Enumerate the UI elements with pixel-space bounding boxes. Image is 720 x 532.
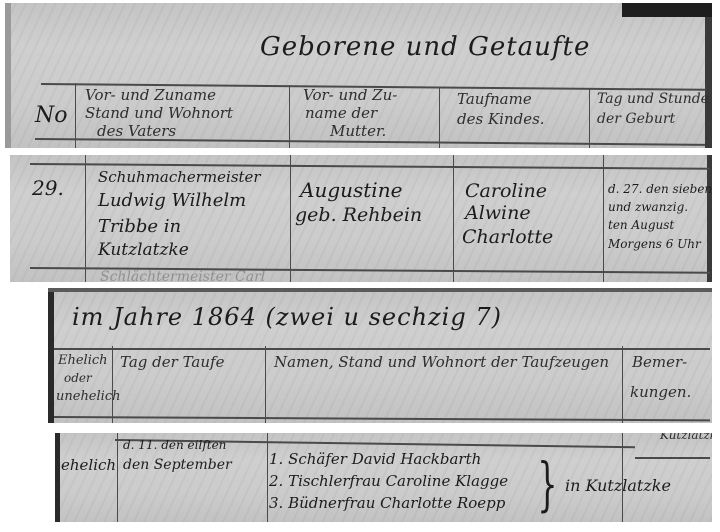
col-sep-1 xyxy=(112,346,113,423)
birth-hour: Morgens 6 Uhr xyxy=(608,238,701,252)
child-name-1: Caroline xyxy=(465,181,547,203)
col-sep-3 xyxy=(622,346,623,423)
header-baptism-day: Tag der Taufe xyxy=(120,354,224,371)
header-bottom-rule xyxy=(54,416,710,421)
father-occupation: Schuhmachermeister xyxy=(98,169,261,186)
col-sep-4 xyxy=(603,155,604,282)
sponsor-2: 2. Tischlerfrau Caroline Klagge xyxy=(269,473,508,490)
header-father-line3: des Vaters xyxy=(97,123,176,140)
register-title: Geborene und Getaufte xyxy=(260,33,590,63)
col-sep-1 xyxy=(85,155,86,282)
col-sep-3 xyxy=(453,155,454,282)
header-legitimacy-line2: oder xyxy=(64,372,92,386)
header-mother-line1: Vor- und Zu- xyxy=(303,87,397,104)
col-sep-2 xyxy=(265,346,266,423)
header-mother-line2: name der xyxy=(305,105,377,122)
page-left-edge xyxy=(5,3,11,148)
mother-given-name: Augustine xyxy=(300,179,402,202)
register-strip-header-left: Geborene und Getaufte No Vor- und Zuname… xyxy=(5,3,712,148)
header-sponsors: Namen, Stand und Wohnort der Taufzeugen xyxy=(274,354,609,371)
sponsors-location: in Kutzlatzke xyxy=(565,477,671,495)
register-strip-entry-right: ehelich d. 11. den eilften den September… xyxy=(55,433,712,522)
page-corner-shadow xyxy=(622,3,712,17)
register-strip-header-right: im Jahre 1864 (zwei u sechzig 7) Ehelich… xyxy=(48,288,712,423)
header-legitimacy-line3: unehelich xyxy=(56,390,120,405)
col-sep-1 xyxy=(117,433,118,522)
page-top-shadow xyxy=(48,288,712,292)
header-birth-line1: Tag und Stunde xyxy=(597,91,709,107)
col-sep-3 xyxy=(439,87,440,148)
sponsor-1: 1. Schäfer David Hackbarth xyxy=(269,451,481,468)
header-top-rule xyxy=(54,348,710,350)
header-mother-line3: Mutter. xyxy=(330,123,386,140)
col-sep-2 xyxy=(290,155,291,282)
sponsor-3: 3. Büdnerfrau Charlotte Roepp xyxy=(269,495,505,512)
header-birth-line2: der Geburt xyxy=(597,111,675,127)
page-left-binding xyxy=(48,288,54,423)
header-father-line1: Vor- und Zuname xyxy=(85,87,216,104)
legitimacy-value: ehelich xyxy=(61,457,116,474)
child-name-2: Alwine xyxy=(465,203,531,225)
entry-number: 29. xyxy=(32,177,64,200)
father-residence: Kutzlatzke xyxy=(98,241,189,261)
birth-month: ten August xyxy=(608,219,674,233)
page-left-binding xyxy=(55,433,60,522)
col-sep-1 xyxy=(75,83,76,148)
header-child-line1: Taufname xyxy=(457,91,532,108)
father-name: Ludwig Wilhelm xyxy=(98,191,246,212)
header-father-line2: Stand und Wohnort xyxy=(85,105,233,122)
baptism-day: d. 11. den eilften xyxy=(123,439,226,453)
birth-day-words: und zwanzig. xyxy=(608,201,688,215)
grouping-brace: } xyxy=(537,455,557,513)
remarks-partial: Kutzlatzke xyxy=(660,433,712,443)
header-remarks-line1: Bemer- xyxy=(632,354,687,371)
next-row-partial-text: Schlächtermeister Carl xyxy=(100,269,265,282)
header-no: No xyxy=(35,103,68,128)
page-edge-shadow xyxy=(705,17,712,148)
col-sep-2 xyxy=(267,433,268,522)
register-year-title: im Jahre 1864 (zwei u sechzig 7) xyxy=(72,304,502,332)
mother-maiden-name: geb. Rehbein xyxy=(295,205,422,227)
father-surname: Tribbe in xyxy=(98,217,181,238)
child-name-3: Charlotte xyxy=(462,227,553,249)
birth-day: d. 27. den sieben xyxy=(608,183,712,197)
col-sep-2 xyxy=(289,85,290,148)
baptism-month: den September xyxy=(123,457,232,473)
remarks-rule xyxy=(635,457,710,459)
header-child-line2: des Kindes. xyxy=(457,111,545,128)
page-edge-shadow xyxy=(707,155,712,282)
header-legitimacy-line1: Ehelich xyxy=(58,354,108,369)
col-sep-4 xyxy=(589,89,590,148)
header-remarks-line2: kungen. xyxy=(630,384,691,401)
register-strip-entry-left: 29. Schuhmachermeister Ludwig Wilhelm Tr… xyxy=(10,155,712,282)
